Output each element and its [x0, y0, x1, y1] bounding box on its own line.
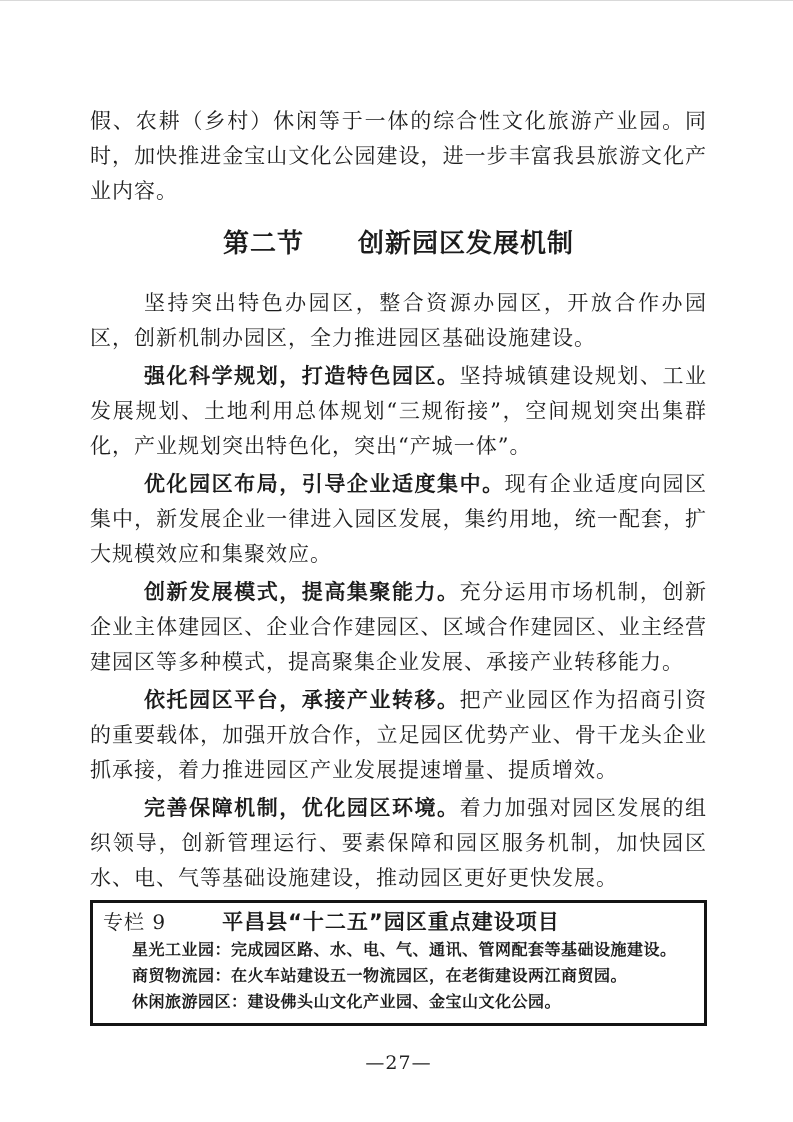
document-page: 假、农耕（乡村）休闲等于一体的综合性文化旅游产业园。同时，加快推进金宝山文化公园… [0, 0, 793, 1122]
paragraph: 强化科学规划，打造特色园区。坚持城镇建设规划、工业发展规划、土地利用总体规划“三… [90, 358, 707, 464]
paragraph: 优化园区布局，引导企业适度集中。现有企业适度向园区集中，新发展企业一律进入园区发… [90, 466, 707, 572]
section-heading: 第二节 创新园区发展机制 [90, 227, 707, 262]
paragraph: 创新发展模式，提高集聚能力。充分运用市场机制，创新企业主体建园区、企业合作建园区… [90, 574, 707, 680]
paragraph: 坚持突出特色办园区，整合资源办园区，开放合作办园区，创新机制办园区，全力推进园区… [90, 286, 707, 356]
paragraph-text: 坚持突出特色办园区，整合资源办园区，开放合作办园区，创新机制办园区，全力推进园区… [90, 291, 707, 350]
panel-item-text: 在火车站建设五一物流园区，在老街建设两江商贸园。 [231, 966, 627, 985]
panel-item-lead: 休闲旅游园区： [132, 992, 248, 1011]
panel-item: 星光工业园：完成园区路、水、电、气、通讯、管网配套等基础设施建设。 [103, 937, 694, 963]
panel-title: 平昌县“十二五”园区重点建设项目 [222, 907, 560, 937]
highlight-box: 专栏 9 平昌县“十二五”园区重点建设项目 星光工业园：完成园区路、水、电、气、… [90, 900, 707, 1026]
panel-item-text: 完成园区路、水、电、气、通讯、管网配套等基础设施建设。 [231, 940, 677, 959]
paragraph-lead: 优化园区布局，引导企业适度集中。 [144, 471, 505, 496]
paragraph-lead: 强化科学规划，打造特色园区。 [144, 363, 460, 388]
highlight-box-header: 专栏 9 平昌县“十二五”园区重点建设项目 [103, 907, 694, 937]
paragraph-lead: 完善保障机制，优化园区环境。 [144, 795, 460, 820]
panel-label: 专栏 9 [103, 907, 166, 937]
panel-item-text: 建设佛头山文化产业园、金宝山文化公园。 [248, 992, 562, 1011]
panel-item-lead: 星光工业园： [132, 940, 231, 959]
paragraph-lead: 创新发展模式，提高集聚能力。 [144, 579, 460, 604]
page-number: —27— [90, 1052, 707, 1074]
paragraph: 完善保障机制，优化园区环境。着力加强对园区发展的组织领导，创新管理运行、要素保障… [90, 790, 707, 896]
paragraph: 依托园区平台，承接产业转移。把产业园区作为招商引资的重要载体，加强开放合作，立足… [90, 682, 707, 788]
panel-item: 商贸物流园：在火车站建设五一物流园区，在老街建设两江商贸园。 [103, 963, 694, 989]
paragraph-lead: 依托园区平台，承接产业转移。 [144, 687, 460, 712]
paragraph-continuation: 假、农耕（乡村）休闲等于一体的综合性文化旅游产业园。同时，加快推进金宝山文化公园… [90, 104, 707, 209]
panel-item-lead: 商贸物流园： [132, 966, 231, 985]
panel-item: 休闲旅游园区：建设佛头山文化产业园、金宝山文化公园。 [103, 989, 694, 1015]
